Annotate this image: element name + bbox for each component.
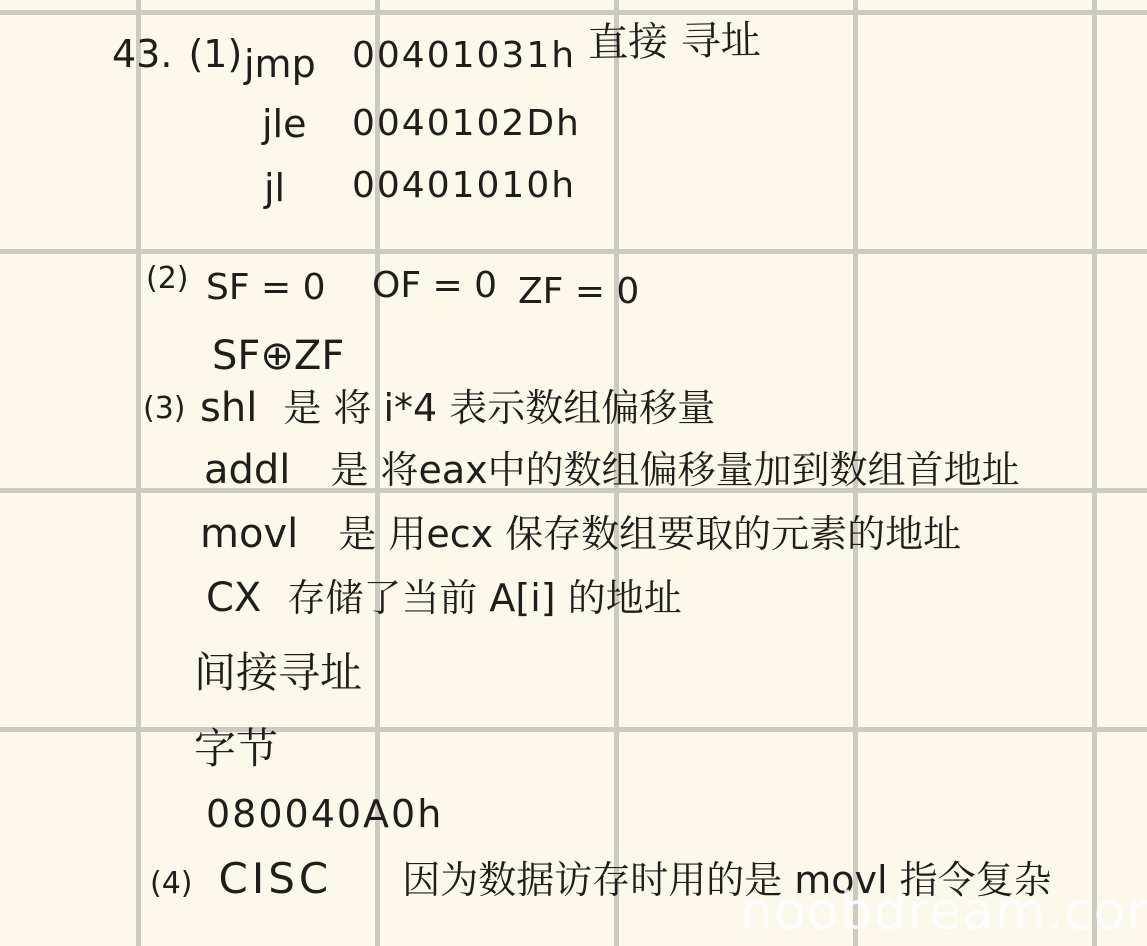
explanation-row-cx: CX 存储了当前 A[i] 的地址 <box>206 576 682 620</box>
instruction-mnemonic-jl: jl <box>264 168 285 210</box>
address-value: 080040A0h <box>206 794 443 836</box>
addressing-mode-note: 直接 寻址 <box>588 18 761 65</box>
explanation-row-shl: shl 是 将 i*4 表示数组偏移量 <box>200 386 715 430</box>
flag-zf: ZF = 0 <box>518 272 639 312</box>
explanation-keyword-addl: addl <box>204 448 290 492</box>
part4-label: (4) <box>150 867 193 900</box>
instruction-mnemonic-jmp: jmp <box>244 44 316 86</box>
explanation-row-addl: addl 是 将eax中的数组偏移量加到数组首地址 <box>204 448 1020 492</box>
flag-of: OF = 0 <box>372 266 497 306</box>
explanation-row-movl: movl 是 用ecx 保存数组要取的元素的地址 <box>200 512 961 556</box>
part1-label: (1) <box>188 34 242 76</box>
addressing-mode-answer: 间接寻址 <box>194 650 362 696</box>
flag-expression: SF⊕ZF <box>212 334 344 378</box>
explanation-keyword-cx: CX <box>206 576 261 620</box>
explanation-text-addl: 是 将eax中的数组偏移量加到数组首地址 <box>330 450 1019 492</box>
explanation-keyword-shl: shl <box>200 386 257 430</box>
part2-label: (2) <box>146 262 189 295</box>
site-watermark: noobdream.com <box>740 884 1147 941</box>
part3-label: (3) <box>143 392 186 425</box>
explanation-text-movl: 是 用ecx 保存数组要取的元素的地址 <box>338 514 961 556</box>
problem-number: 43. <box>112 34 172 76</box>
instruction-mnemonic-jle: jle <box>262 104 307 146</box>
operand-size-answer: 字节 <box>194 726 278 772</box>
part4-answer: CISC <box>219 856 333 902</box>
instruction-target-jle: 0040102Dh <box>352 104 581 144</box>
flag-sf: SF = 0 <box>206 268 326 308</box>
explanation-text-cx: 存储了当前 A[i] 的地址 <box>287 578 681 620</box>
instruction-target-jl: 00401010h <box>352 166 576 206</box>
explanation-text-shl: 是 将 i*4 表示数组偏移量 <box>283 388 715 430</box>
problem-heading: 43. (1) <box>112 34 242 76</box>
handwritten-notes-page: 43. (1) jmp 00401031h 直接 寻址 jle 0040102D… <box>0 0 1147 946</box>
explanation-keyword-movl: movl <box>200 512 298 556</box>
instruction-target-jmp: 00401031h <box>352 36 576 76</box>
